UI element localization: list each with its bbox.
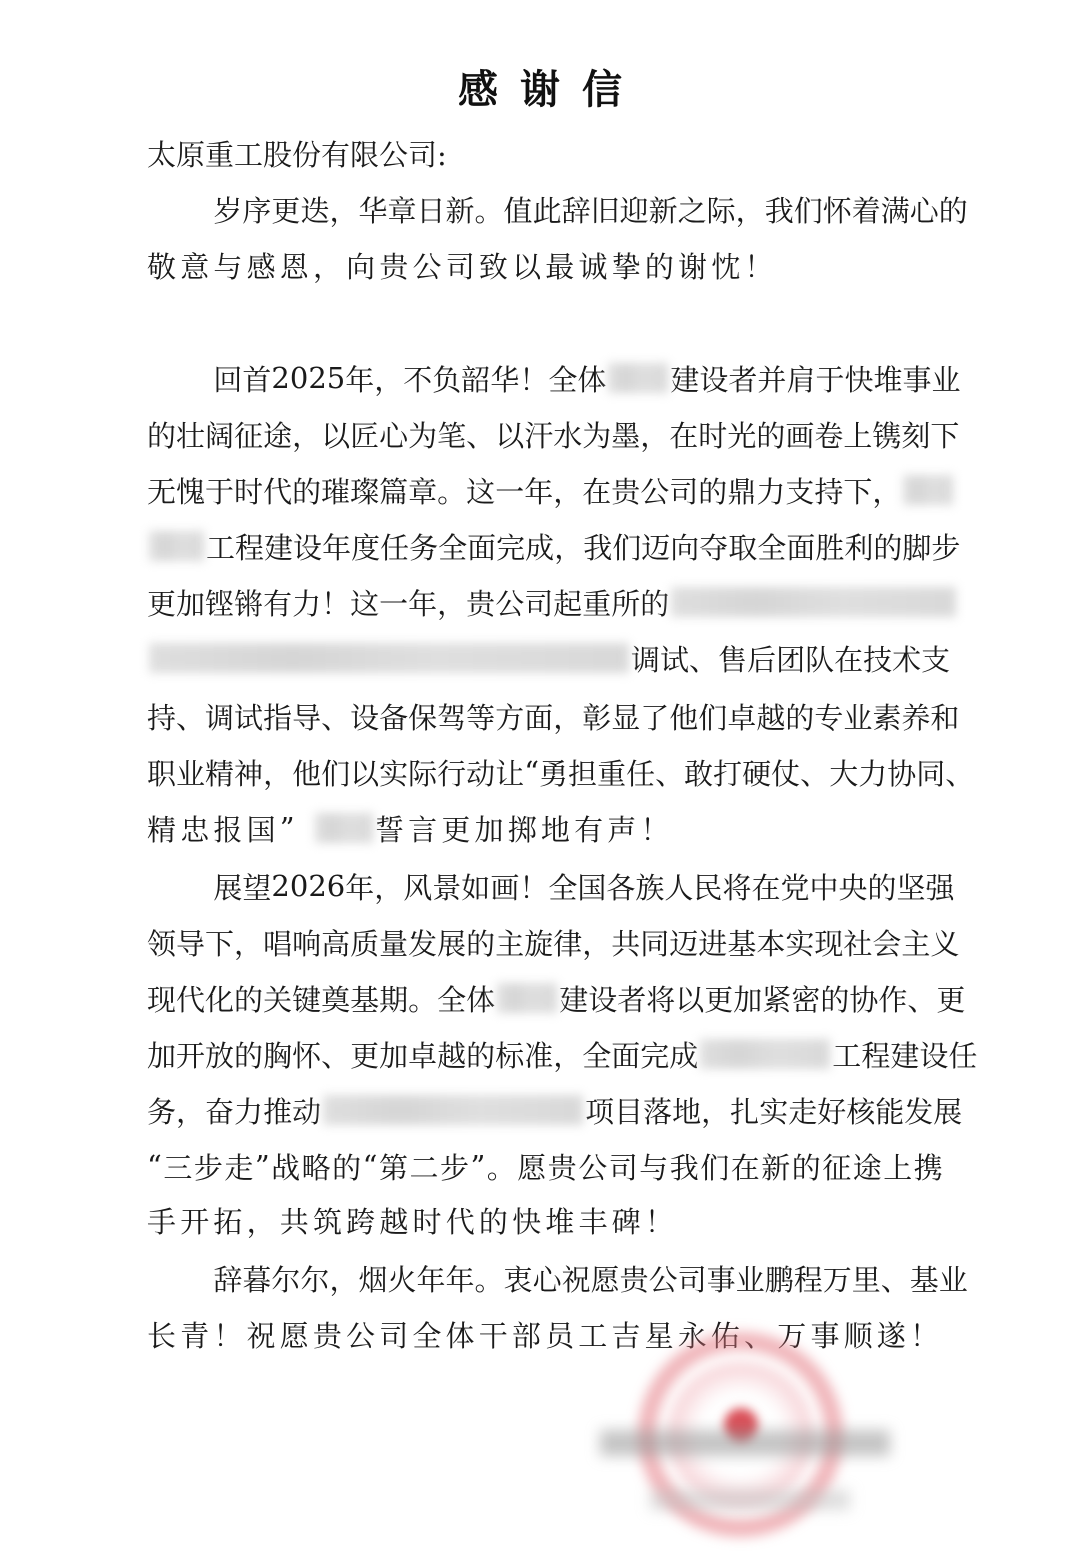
body-char: 的 [939,189,968,230]
body-char: 和 [930,696,959,737]
body-char: 序 [242,189,271,230]
body-char: 二 [409,1146,438,1187]
body-char: 锵 [234,582,263,623]
body-line: 无愧于时代的璀璨篇章。这一年，在贵公司的鼎力支持下， [147,470,943,510]
body-char: 奋 [205,1090,234,1131]
body-char: “ [524,755,539,789]
body-char: ， [329,189,358,230]
body-char: 指 [263,696,292,737]
body-char: 迎 [620,189,649,230]
body-char: 首 [242,358,271,399]
body-char: 们 [321,752,350,793]
body-char: 肩 [786,358,815,399]
body-line: 长青！祝愿贵公司全体干部员工吉星永佑、万事顺遂！ [147,1314,943,1354]
body-char: 中 [809,866,838,907]
body-char: ， [247,1200,280,1241]
body-char: 公 [413,245,446,286]
body-char: 加 [176,582,205,623]
body-char: 显 [611,696,640,737]
body-char: 的 [466,922,495,963]
body-char: 笔 [437,414,466,455]
body-char: 步 [194,1146,223,1187]
body-char: 业 [939,1258,968,1299]
body-char: 于 [205,470,234,511]
body-char: 主 [495,922,524,963]
body-char: 章 [387,189,416,230]
body-char: 能 [875,1090,904,1131]
body-char: 年 [345,358,374,399]
body-char: 利 [844,526,873,567]
body-char: 韶 [461,358,490,399]
body-char: 面 [611,1034,640,1075]
body-char: 开 [176,1034,205,1075]
body-char: 重 [597,752,626,793]
body-char: 的 [292,470,321,511]
body-char: 2 [308,361,326,395]
body-char: 快 [844,358,873,399]
body-line: 敬意与感恩，向贵公司致以最诚挚的谢忱！ [147,245,943,285]
body-char: 领 [147,922,176,963]
body-char: 卷 [814,414,843,455]
body-char: 华 [490,358,519,399]
body-char: 迈 [641,526,670,567]
body-char: 全 [438,526,467,567]
body-char: 族 [635,866,664,907]
body-char: 壮 [176,414,205,455]
body-char: 技 [863,638,892,679]
body-char: 卓 [408,1034,437,1075]
body-line: 加开放的胸怀、更加卓越的标准，全面完成工程建设任 [147,1034,943,1074]
body-char: 时 [413,1200,446,1241]
body-char: 年 [446,1258,475,1299]
body-char: 驾 [437,696,466,737]
body-char: 跨 [346,1200,379,1241]
redacted-text [700,1039,830,1069]
body-char: 祝 [247,1314,280,1355]
body-char: 忱 [711,245,744,286]
body-char: 支 [785,470,814,511]
body-char: 丰 [578,1200,611,1241]
body-char: 。 [408,978,437,1019]
body-char: 时 [234,470,263,511]
body-char: 调 [631,638,660,679]
body-char: 更 [441,808,474,849]
body-char: 的 [640,582,669,623]
body-char: 事 [810,1314,843,1355]
body-char: 公 [640,470,669,511]
body-char: 共 [611,922,640,963]
body-char: 任 [948,1034,977,1075]
body-char: 们 [612,526,641,567]
body-char: 匠 [350,414,379,455]
body-char: 硬 [742,752,771,793]
body-char: 紧 [762,978,791,1019]
body-char: 三 [163,1146,192,1187]
body-char: 公 [578,1146,607,1187]
body-char: 化 [205,978,234,1019]
body-char: 建 [264,526,293,567]
body-char: 步 [931,526,960,567]
body-char: 脚 [902,526,931,567]
body-char: 们 [700,1146,729,1187]
body-char: 共 [280,1200,313,1241]
body-char: 同 [916,752,945,793]
body-char: 征 [822,1146,851,1187]
body-char: 加 [379,1034,408,1075]
body-char: 心 [379,414,408,455]
body-char: 工 [206,526,235,567]
body-char: 队 [805,638,834,679]
signer-name-redacted [600,1430,890,1456]
body-char: 力 [292,582,321,623]
body-line: 更加铿锵有力！这一年，贵公司起重所的 [147,582,943,622]
body-char: 业 [176,752,205,793]
body-char: 最 [545,245,578,286]
body-char: 在 [834,638,863,679]
body-char: 人 [664,866,693,907]
body-char: 事 [903,358,932,399]
body-char: 力 [756,470,785,511]
body-char: 、 [321,696,350,737]
body-char: 调 [205,696,234,737]
body-char: 恩 [280,245,313,286]
body-char: ， [329,1258,358,1299]
body-char: 全 [582,1034,611,1075]
body-char: 全 [548,866,577,907]
body-char: 等 [466,696,495,737]
body-char: 工 [832,1034,861,1075]
body-char: ” [280,811,313,845]
body-char: 下 [843,470,872,511]
body-char: ！ [744,245,777,286]
body-char: 落 [643,1090,672,1131]
body-char: 心 [533,1258,562,1299]
body-char: 关 [263,978,292,1019]
body-char: 年 [408,582,437,623]
body-char: 在 [669,414,698,455]
body-char: 央 [839,866,868,907]
body-char: 上 [883,1146,912,1187]
body-char: 步 [440,1146,469,1187]
body-char: 展 [213,866,242,907]
body-char: 、 [689,638,718,679]
body-char: 更 [936,978,965,1019]
body-char: 质 [350,922,379,963]
body-char: 、 [466,414,495,455]
body-char: 协 [849,978,878,1019]
body-char: 言 [408,808,441,849]
body-char: ， [553,1034,582,1075]
body-char: 谢 [678,245,711,286]
body-char: 以 [321,414,350,455]
body-char: 长 [147,1314,180,1355]
body-char: 展 [933,1090,962,1131]
body-char: 地 [541,808,574,849]
body-char: ” [470,1149,485,1183]
body-char: 更 [271,189,300,230]
body-char: 司 [609,1146,638,1187]
body-char: 上 [843,414,872,455]
body-char: 走 [224,1146,253,1187]
body-char: 基 [910,1258,939,1299]
body-char: 们 [698,696,727,737]
body-char: 贵 [548,1146,577,1187]
body-char: 持 [814,470,843,511]
body-line: 工程建设年度任务全面完成，我们迈向夺取全面胜利的脚步 [147,526,943,566]
date-redacted [650,1490,850,1510]
body-char: 的 [479,1200,512,1241]
body-char: 核 [846,1090,875,1131]
body-char: 以 [512,245,545,286]
body-char: 携 [914,1146,943,1187]
body-char: 与 [639,1146,668,1187]
body-char: 标 [495,1034,524,1075]
body-char: 司 [678,1258,707,1299]
body-char: 意 [180,245,213,286]
body-char: 建 [559,978,588,1019]
body-char: 这 [466,470,495,511]
body-char: 章 [408,470,437,511]
body-char: 全 [412,1314,445,1355]
body-char: 全 [548,358,577,399]
body-char: 途 [853,1146,882,1187]
body-char: 手 [147,1200,180,1241]
body-char: 敢 [684,752,713,793]
body-char: 以 [350,752,379,793]
body-char: 职 [147,752,176,793]
body-char: 全 [437,978,466,1019]
body-char: ， [292,414,321,455]
body-char: 的 [645,245,678,286]
body-char: ， [263,752,292,793]
body-char: 他 [669,696,698,737]
body-char: 设 [919,1034,948,1075]
body-char: 华 [358,189,387,230]
body-char: 更 [147,582,176,623]
body-char: 程 [235,526,264,567]
body-char: 诚 [578,245,611,286]
body-char: 量 [379,922,408,963]
body-char: 无 [147,470,176,511]
body-char: 成 [669,1034,698,1075]
body-char: ， [872,470,901,511]
body-char: 目 [614,1090,643,1131]
body-char: 新 [446,189,475,230]
body-char: 动 [292,1090,321,1131]
body-char: 堆 [873,358,902,399]
body-char: 胸 [263,1034,292,1075]
body-char: 、 [321,1034,350,1075]
body-char: 业 [932,358,961,399]
body-char: 负 [432,358,461,399]
redacted-text [323,1095,583,1125]
body-char: 征 [234,414,263,455]
body-char: 各 [606,866,635,907]
body-char: 尔 [300,1258,329,1299]
body-char: 公 [649,1258,678,1299]
body-line: 辞暮尔尔，烟火年年。衷心祝愿贵公司事业鹏程万里、基业 [213,1258,943,1298]
body-char: 。 [487,1146,516,1187]
body-char: 、 [945,752,974,793]
body-char: 迭 [300,189,329,230]
body-char: 团 [776,638,805,679]
body-char: 下 [930,414,959,455]
body-char: 感 [247,245,280,286]
body-char: 力 [234,1090,263,1131]
body-char: 公 [495,582,524,623]
body-char: 键 [292,978,321,1019]
redacted-text [671,587,956,617]
body-char: 会 [872,922,901,963]
body-char: 贵 [611,470,640,511]
body-char: 声 [607,808,640,849]
redacted-text [149,643,629,673]
body-char: 忠 [180,808,213,849]
body-char: 愿 [280,1314,313,1355]
body-char: ！ [321,582,350,623]
body-char: 设 [588,978,617,1019]
body-char: 干 [479,1314,512,1355]
body-char: 设 [293,526,322,567]
body-char: 务 [409,526,438,567]
body-char: 神 [234,752,263,793]
body-char: 动 [466,752,495,793]
body-char: 里 [852,1258,881,1299]
body-char: 途 [263,414,292,455]
body-char: 事 [707,1258,736,1299]
body-char: 鼎 [727,470,756,511]
body-char: 基 [727,922,756,963]
body-char: 担 [568,752,597,793]
body-char: 精 [147,808,180,849]
body-char: 加 [147,1034,176,1075]
body-char: 贵 [313,1314,346,1355]
body-char: 打 [713,752,742,793]
body-char: 奠 [321,978,350,1019]
body-char: 方 [495,696,524,737]
body-char: 现 [147,978,176,1019]
body-char: 业 [843,696,872,737]
body-char: 公 [346,1314,379,1355]
body-char: 程 [794,1258,823,1299]
salutation-line: 太原重工股份有限公司: [147,133,943,173]
body-char: 的 [785,696,814,737]
body-char: ！ [213,1314,246,1355]
body-char: 这 [350,582,379,623]
body-char: 务 [147,1090,176,1131]
body-char: 一 [495,470,524,511]
body-char: 社 [843,922,872,963]
body-char: 任 [626,752,655,793]
body-char: 进 [698,922,727,963]
body-char: 部 [512,1314,545,1355]
redacted-text [608,363,668,393]
body-char: 际 [707,189,736,230]
body-char: 的 [698,470,727,511]
body-char: 代 [446,1200,479,1241]
body-char: 响 [292,922,321,963]
body-char: ， [176,1090,205,1131]
body-char: 辞 [562,189,591,230]
body-char: 夺 [699,526,728,567]
body-line: 的壮阔征途，以匠心为笔、以汗水为墨，在时光的画卷上镌刻下 [147,414,943,454]
body-char: 导 [292,696,321,737]
body-char: 加 [733,978,762,1019]
body-char: 、 [907,978,936,1019]
body-char: 大 [829,752,858,793]
body-char: 2 [271,869,289,903]
body-char: 年 [417,1258,446,1299]
body-char: 为 [582,414,611,455]
body-char: 律 [553,922,582,963]
body-char: 阔 [205,414,234,455]
body-char: 在 [731,1146,760,1187]
body-char: 任 [380,526,409,567]
body-char: 遂 [877,1314,910,1355]
body-char: 高 [321,922,350,963]
body-char: 面 [524,696,553,737]
body-line: 手开拓，共筑跨越时代的快堆丰碑！ [147,1200,943,1240]
body-char: 放 [205,1034,234,1075]
body-char: 导 [176,922,205,963]
body-char: 如 [461,866,490,907]
redacted-text [497,983,557,1013]
body-char: 地 [672,1090,701,1131]
body-char: 实 [379,752,408,793]
redacted-text [149,531,204,561]
body-char: 设 [350,696,379,737]
body-char: 祝 [562,1258,591,1299]
body-char: 碑 [612,1200,645,1241]
body-line: 精忠报国”誓言更加掷地有声！ [147,808,943,848]
body-char: 们 [794,189,823,230]
body-char: 取 [728,526,757,567]
body-char: 此 [533,189,562,230]
body-char: 行 [437,752,466,793]
body-char: 拓 [213,1200,246,1241]
body-char: 项 [585,1090,614,1131]
body-char: 实 [759,1090,788,1131]
body-char: 司 [446,245,479,286]
body-char: 展 [437,922,466,963]
body-char: 。 [475,189,504,230]
body-char: 的 [466,1034,495,1075]
redacted-text [315,813,373,843]
body-char: 在 [582,470,611,511]
body-char: 的 [792,1146,821,1187]
body-char: 镌 [872,414,901,455]
body-char: 为 [408,414,437,455]
body-char: 基 [350,978,379,1019]
body-char: 并 [757,358,786,399]
body-char: 义 [930,922,959,963]
body-char: “ [363,1149,378,1183]
body-char: 火 [387,1258,416,1299]
body-char: 本 [756,922,785,963]
body-char: 保 [408,696,437,737]
body-char: 体 [446,1314,479,1355]
body-char: 致 [479,245,512,286]
body-char: 后 [747,638,776,679]
body-char: 风 [403,866,432,907]
body-char: 更 [350,1034,379,1075]
body-char: 的 [234,1034,263,1075]
salutation: 太原重工股份有限公司: [147,133,447,174]
body-char: 。 [437,470,466,511]
body-char: 怀 [823,189,852,230]
letter-page: 感谢信 太原重工股份有限公司: 岁序更迭，华章日新。值此辞旧迎新之际，我们怀着满… [0,0,1080,1565]
body-char: ！ [640,808,673,849]
